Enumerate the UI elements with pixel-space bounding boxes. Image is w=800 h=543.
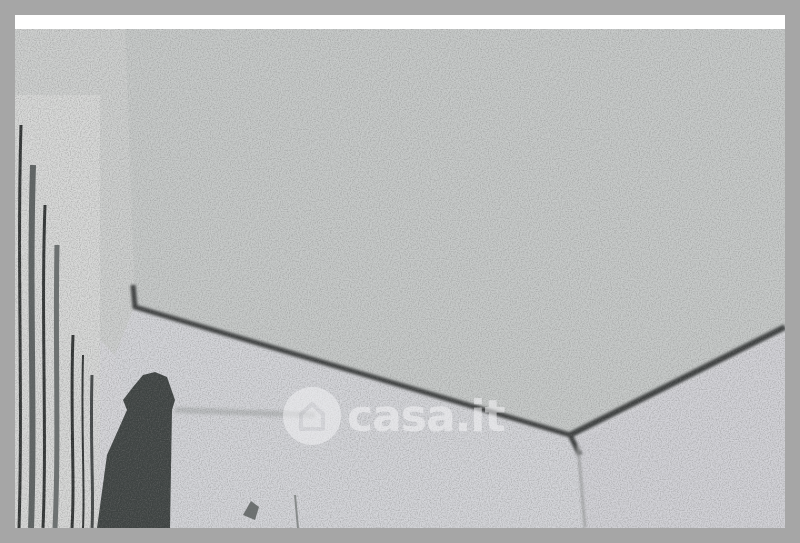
ceiling-corner-scene xyxy=(15,15,785,528)
house-icon xyxy=(283,387,341,445)
listing-photo: casa.it xyxy=(15,15,785,528)
watermark-text: casa.it xyxy=(347,391,504,442)
top-white-strip xyxy=(15,15,785,29)
casa-it-watermark: casa.it xyxy=(283,387,504,445)
